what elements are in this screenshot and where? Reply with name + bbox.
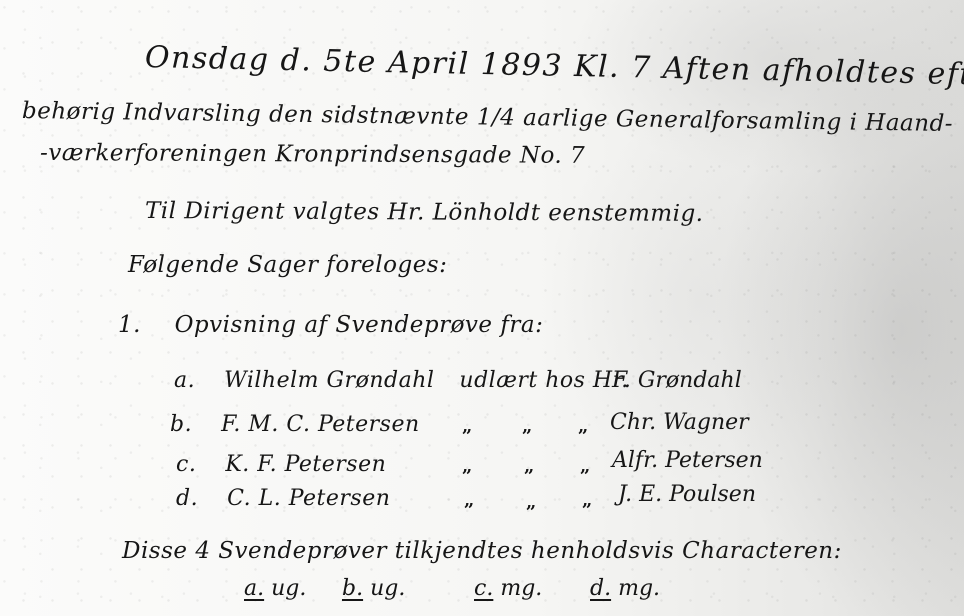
document-page: Onsdag d. 5te April 1893 Kl. 7 Aften afh…: [0, 0, 964, 616]
grade-entry: a. ug.: [244, 576, 306, 601]
opening-line-2: behørig Indvarsling den sidstnævnte 1/4 …: [22, 98, 953, 137]
ditto-mark: „: [464, 490, 474, 511]
grade-value: mg.: [500, 576, 542, 601]
ditto-mark: „: [522, 416, 532, 437]
apprentice-letter: b.: [170, 412, 192, 437]
apprentice-name: Wilhelm Grøndahl: [224, 368, 434, 393]
apprentice-master: F. Grøndahl: [612, 368, 742, 393]
grade-value: ug.: [370, 576, 405, 601]
grade-entry: c. mg.: [474, 576, 542, 601]
agenda-item-number: 1.: [118, 312, 141, 338]
grade-value: mg.: [618, 576, 660, 601]
grade-value: ug.: [271, 576, 306, 601]
grade-letter: d.: [590, 576, 611, 601]
apprentice-row: d. C. L. Petersen: [176, 486, 390, 511]
grade-entry: d. mg.: [590, 576, 660, 601]
agenda-item-1: 1. Opvisning af Svendeprøve fra:: [118, 312, 543, 338]
apprentice-master: Alfr. Petersen: [612, 448, 763, 473]
grade-entry: b. ug.: [342, 576, 405, 601]
apprentice-letter: c.: [176, 452, 196, 477]
ditto-mark: „: [526, 492, 536, 513]
grades-intro: Disse 4 Svendeprøver tilkjendtes henhold…: [122, 538, 842, 564]
ditto-mark: „: [524, 456, 534, 477]
grade-letter: b.: [342, 576, 363, 601]
apprentice-row: b. F. M. C. Petersen: [170, 412, 420, 437]
apprentice-name: F. M. C. Petersen: [221, 412, 420, 437]
agenda-intro: Følgende Sager foreloges:: [128, 252, 447, 278]
ditto-mark: „: [462, 456, 472, 477]
apprentice-trained-text: udlært hos Hr.: [459, 368, 628, 393]
ditto-mark: „: [462, 416, 472, 437]
agenda-item-title: Opvisning af Svendeprøve fra:: [175, 312, 544, 338]
apprentice-row: c. K. F. Petersen: [176, 452, 386, 477]
grade-letter: c.: [474, 576, 493, 601]
apprentice-name: K. F. Petersen: [225, 452, 386, 477]
opening-line-3: -værkerforeningen Kronprindsensgade No. …: [40, 140, 585, 169]
ditto-mark: „: [578, 416, 588, 437]
grade-letter: a.: [244, 576, 264, 601]
apprentice-master: Chr. Wagner: [610, 410, 749, 435]
ditto-mark: „: [580, 456, 590, 477]
apprentice-name: C. L. Petersen: [227, 486, 390, 511]
ditto-mark: „: [582, 490, 592, 511]
opening-line-1: Onsdag d. 5te April 1893 Kl. 7 Aften afh…: [145, 40, 964, 98]
apprentice-letter: a.: [174, 368, 195, 393]
apprentice-letter: d.: [176, 486, 198, 511]
paper-texture: [0, 0, 964, 616]
apprentice-row: a. Wilhelm Grøndahl udlært hos Hr.: [174, 368, 629, 393]
apprentice-master: J. E. Poulsen: [618, 482, 756, 507]
chairman-line: Til Dirigent valgtes Hr. Lönholdt eenste…: [145, 198, 704, 227]
